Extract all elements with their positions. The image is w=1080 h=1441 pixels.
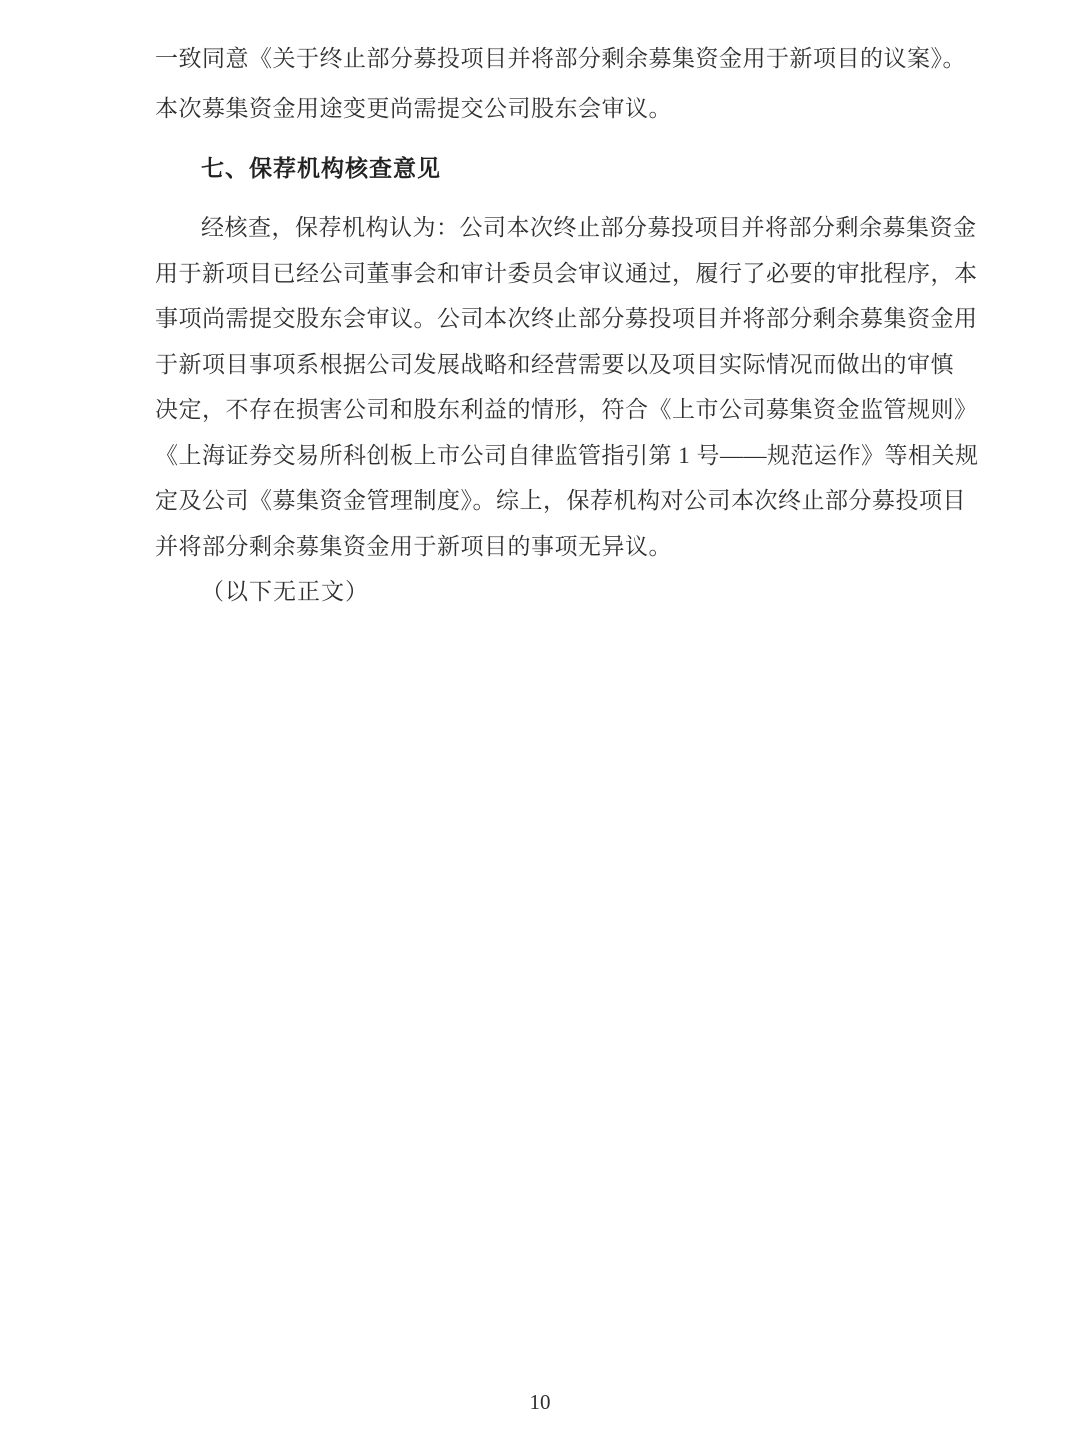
page-number: 10: [0, 1390, 1080, 1415]
paragraph-line: 一致同意《关于终止部分募投项目并将部分剩余募集资金用于新项目的议案》。: [155, 34, 950, 84]
intro-paragraph: 一致同意《关于终止部分募投项目并将部分剩余募集资金用于新项目的议案》。 本次募集…: [155, 34, 950, 134]
paragraph-line: 用于新项目已经公司董事会和审计委员会审议通过，履行了必要的审批程序，本: [155, 251, 950, 297]
paragraph-line: 本次募集资金用途变更尚需提交公司股东会审议。: [155, 84, 950, 134]
closing-note: （以下无正文）: [155, 569, 950, 614]
paragraph-line: 于新项目事项系根据公司发展战略和经营需要以及项目实际情况而做出的审慎: [155, 342, 950, 388]
paragraph-line: 定及公司《募集资金管理制度》。综上，保荐机构对公司本次终止部分募投项目: [155, 478, 950, 524]
paragraph-line: 《上海证券交易所科创板上市公司自律监管指引第 1 号——规范运作》等相关规: [155, 433, 950, 479]
document-content: 一致同意《关于终止部分募投项目并将部分剩余募集资金用于新项目的议案》。 本次募集…: [155, 34, 950, 614]
document-page: 一致同意《关于终止部分募投项目并将部分剩余募集资金用于新项目的议案》。 本次募集…: [0, 0, 1080, 1441]
paragraph-line: 事项尚需提交股东会审议。公司本次终止部分募投项目并将部分剩余募集资金用: [155, 296, 950, 342]
paragraph-line: 决定，不存在损害公司和股东利益的情形，符合《上市公司募集资金监管规则》: [155, 387, 950, 433]
section-heading: 七、保荐机构核查意见: [155, 148, 950, 188]
body-paragraph: 经核查，保荐机构认为：公司本次终止部分募投项目并将部分剩余募集资金 用于新项目已…: [155, 205, 950, 569]
paragraph-line: 并将部分剩余募集资金用于新项目的事项无异议。: [155, 524, 950, 570]
paragraph-line: 经核查，保荐机构认为：公司本次终止部分募投项目并将部分剩余募集资金: [155, 205, 950, 251]
